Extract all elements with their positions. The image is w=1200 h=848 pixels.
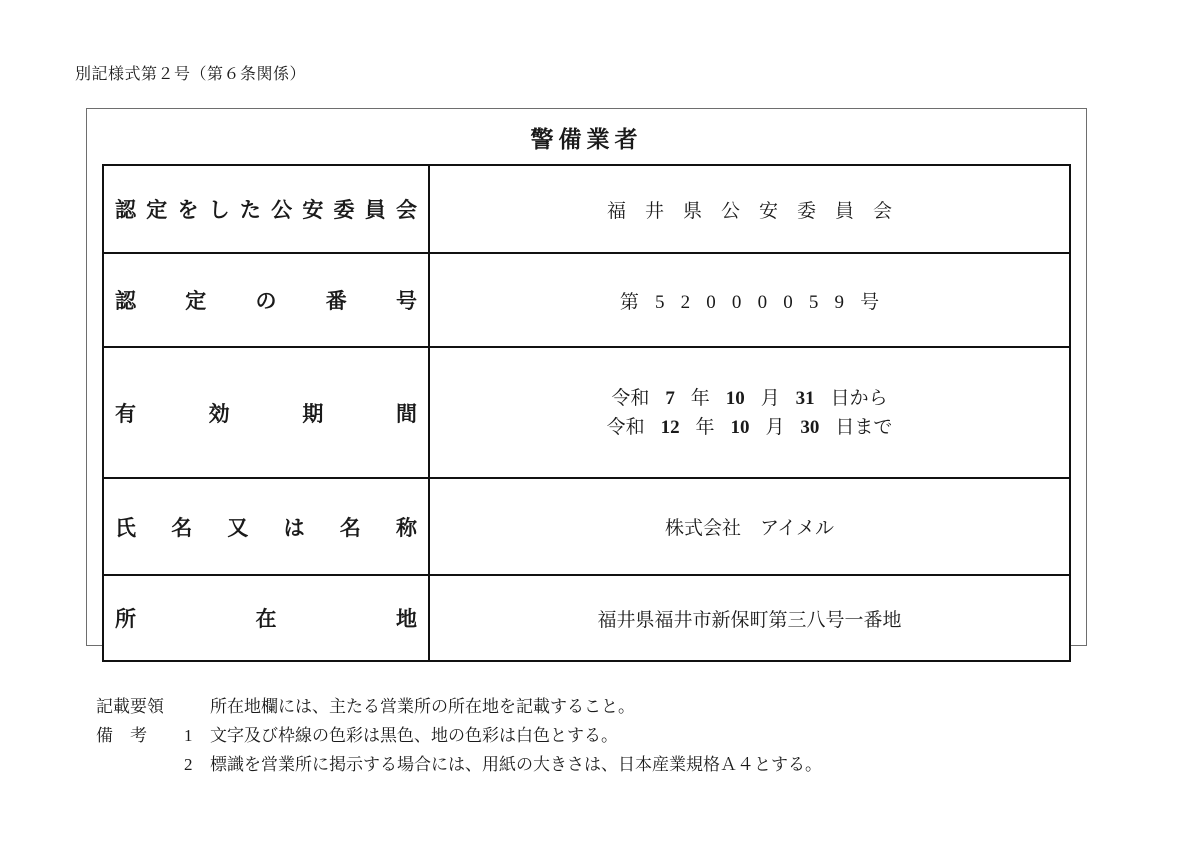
to-tail: 日まで <box>835 417 892 438</box>
guideline-text: 所在地欄には、主たる営業所の所在地を記載すること。 <box>210 692 822 721</box>
month-unit-to: 月 <box>765 417 784 438</box>
certificate-board: 警備業者 認定をした公安委員会 福 井 県 公 安 委 員 会 認定の番号 第5… <box>86 108 1087 646</box>
field-label-commission: 認定をした公安委員会 <box>103 165 429 253</box>
era-from: 令和 <box>611 388 649 409</box>
field-label-text: 氏名又は名称 <box>115 512 417 542</box>
field-label-validity-period: 有効期間 <box>103 347 429 478</box>
month-unit-from: 月 <box>761 388 780 409</box>
guideline-number-spacer <box>184 692 210 721</box>
field-value-address: 福井県福井市新保町第三八号一番地 <box>429 575 1070 661</box>
remark-1-number: 1 <box>184 721 210 750</box>
certificate-table: 認定をした公安委員会 福 井 県 公 安 委 員 会 認定の番号 第520000… <box>102 164 1071 662</box>
day-to: 30 <box>800 417 819 438</box>
field-label-text: 所在地 <box>115 603 417 633</box>
row-commission: 認定をした公安委員会 福 井 県 公 安 委 員 会 <box>103 165 1070 253</box>
notes-section: 記載要領 所在地欄には、主たる営業所の所在地を記載すること。 備 考 1 文字及… <box>96 692 822 779</box>
field-value-name: 株式会社 アイメル <box>429 478 1070 575</box>
field-label-certification-number: 認定の番号 <box>103 253 429 347</box>
field-value-validity-period: 令和7年10月31日から 令和12年10月30日まで <box>429 347 1070 478</box>
from-tail: 日から <box>831 388 888 409</box>
day-from: 31 <box>796 388 815 409</box>
row-name: 氏名又は名称 株式会社 アイメル <box>103 478 1070 575</box>
year-from: 7 <box>665 388 675 409</box>
remarks-label-spacer <box>96 750 184 779</box>
field-label-text: 認定をした公安委員会 <box>115 194 417 224</box>
remark-1-text: 文字及び枠線の色彩は黒色、地の色彩は白色とする。 <box>210 721 822 750</box>
row-certification-number: 認定の番号 第52000059号 <box>103 253 1070 347</box>
row-address: 所在地 福井県福井市新保町第三八号一番地 <box>103 575 1070 661</box>
year-unit-from: 年 <box>691 388 710 409</box>
guideline-label: 記載要領 <box>96 692 184 721</box>
month-from: 10 <box>726 388 745 409</box>
year-unit-to: 年 <box>696 417 715 438</box>
month-to: 10 <box>731 417 750 438</box>
year-to: 12 <box>661 417 680 438</box>
field-label-text: 有効期間 <box>115 398 417 428</box>
validity-to-line: 令和12年10月30日まで <box>431 413 1068 442</box>
row-validity-period: 有効期間 令和7年10月31日から 令和12年10月30日まで <box>103 347 1070 478</box>
field-value-certification-number: 第52000059号 <box>429 253 1070 347</box>
field-label-text: 認定の番号 <box>115 285 417 315</box>
document-page: 別記様式第２号（第６条関係） 警備業者 認定をした公安委員会 福 井 県 公 安… <box>0 0 1200 848</box>
era-to: 令和 <box>607 417 645 438</box>
field-value-commission: 福 井 県 公 安 委 員 会 <box>429 165 1070 253</box>
field-label-address: 所在地 <box>103 575 429 661</box>
number-prefix: 第 <box>620 292 639 313</box>
remarks-label: 備 考 <box>96 721 184 750</box>
remark-2-text: 標識を営業所に掲示する場合には、用紙の大きさは、日本産業規格Ａ４とする。 <box>210 750 822 779</box>
remark-2-number: 2 <box>184 750 210 779</box>
certification-number-digits: 52000059 <box>655 292 860 313</box>
board-title: 警備業者 <box>87 121 1086 154</box>
validity-from-line: 令和7年10月31日から <box>431 384 1068 413</box>
number-suffix: 号 <box>860 292 879 313</box>
field-label-name: 氏名又は名称 <box>103 478 429 575</box>
form-reference: 別記様式第２号（第６条関係） <box>75 61 306 84</box>
